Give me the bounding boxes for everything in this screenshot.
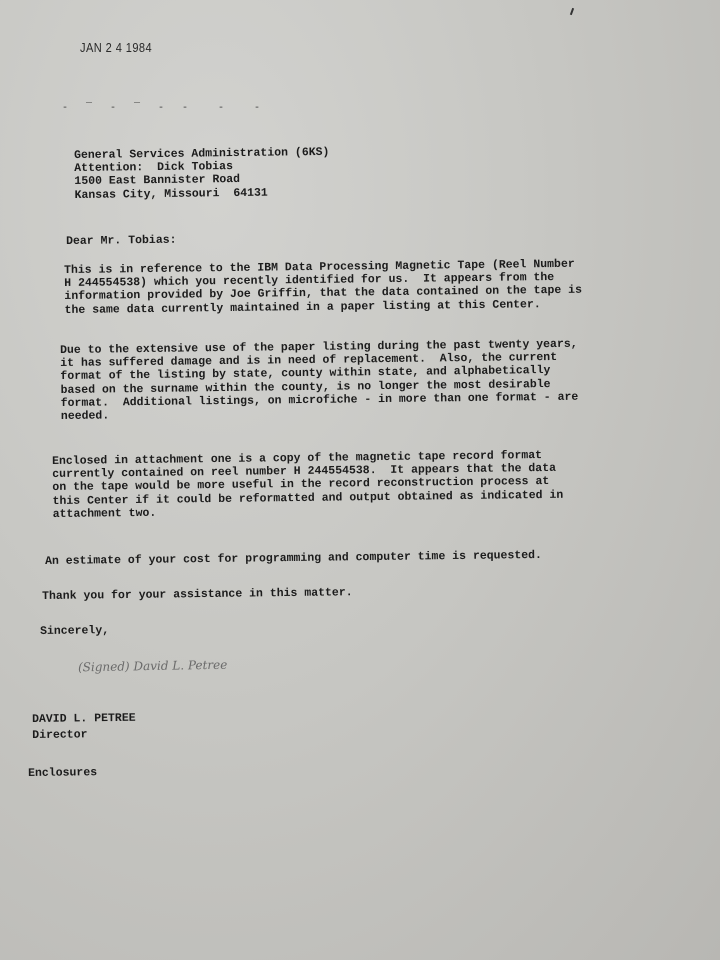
closing-text: Sincerely, bbox=[40, 624, 109, 638]
body-line: Thank you for your assistance in this ma… bbox=[42, 586, 353, 603]
paragraph-4: An estimate of your cost for programming… bbox=[45, 549, 542, 568]
date-stamp: JAN 2 4 1984 bbox=[80, 40, 152, 55]
letter-page: JAN 2 4 1984 - ‾ - ‾ - - - - General Ser… bbox=[0, 0, 720, 960]
paragraph-2: Due to the extensive use of the paper li… bbox=[60, 338, 579, 424]
paragraph-5: Thank you for your assistance in this ma… bbox=[42, 586, 353, 603]
signer-name: DAVID L. PETREE bbox=[32, 712, 136, 726]
enclosures-text: Enclosures bbox=[28, 766, 97, 780]
faint-typed-marks: - ‾ - ‾ - - - - bbox=[62, 103, 266, 114]
address-line: Kansas City, Missouri 64131 bbox=[74, 185, 329, 201]
body-line: An estimate of your cost for programming… bbox=[45, 549, 542, 568]
salutation-text: Dear Mr. Tobias: bbox=[66, 234, 177, 249]
ink-mark bbox=[570, 8, 574, 15]
recipient-address: General Services Administration (6KS) At… bbox=[74, 146, 330, 202]
signer-title: Director bbox=[32, 728, 136, 742]
closing: Sincerely, bbox=[40, 624, 109, 638]
page-fold-shadow bbox=[0, 0, 50, 50]
paragraph-3: Enclosed in attachment one is a copy of … bbox=[52, 449, 563, 521]
signature: (Signed) David L. Petree bbox=[78, 658, 228, 675]
salutation: Dear Mr. Tobias: bbox=[66, 234, 177, 249]
signature-block: DAVID L. PETREE Director bbox=[32, 712, 136, 743]
enclosures-note: Enclosures bbox=[28, 766, 97, 780]
paragraph-1: This is in reference to the IBM Data Pro… bbox=[64, 258, 582, 317]
